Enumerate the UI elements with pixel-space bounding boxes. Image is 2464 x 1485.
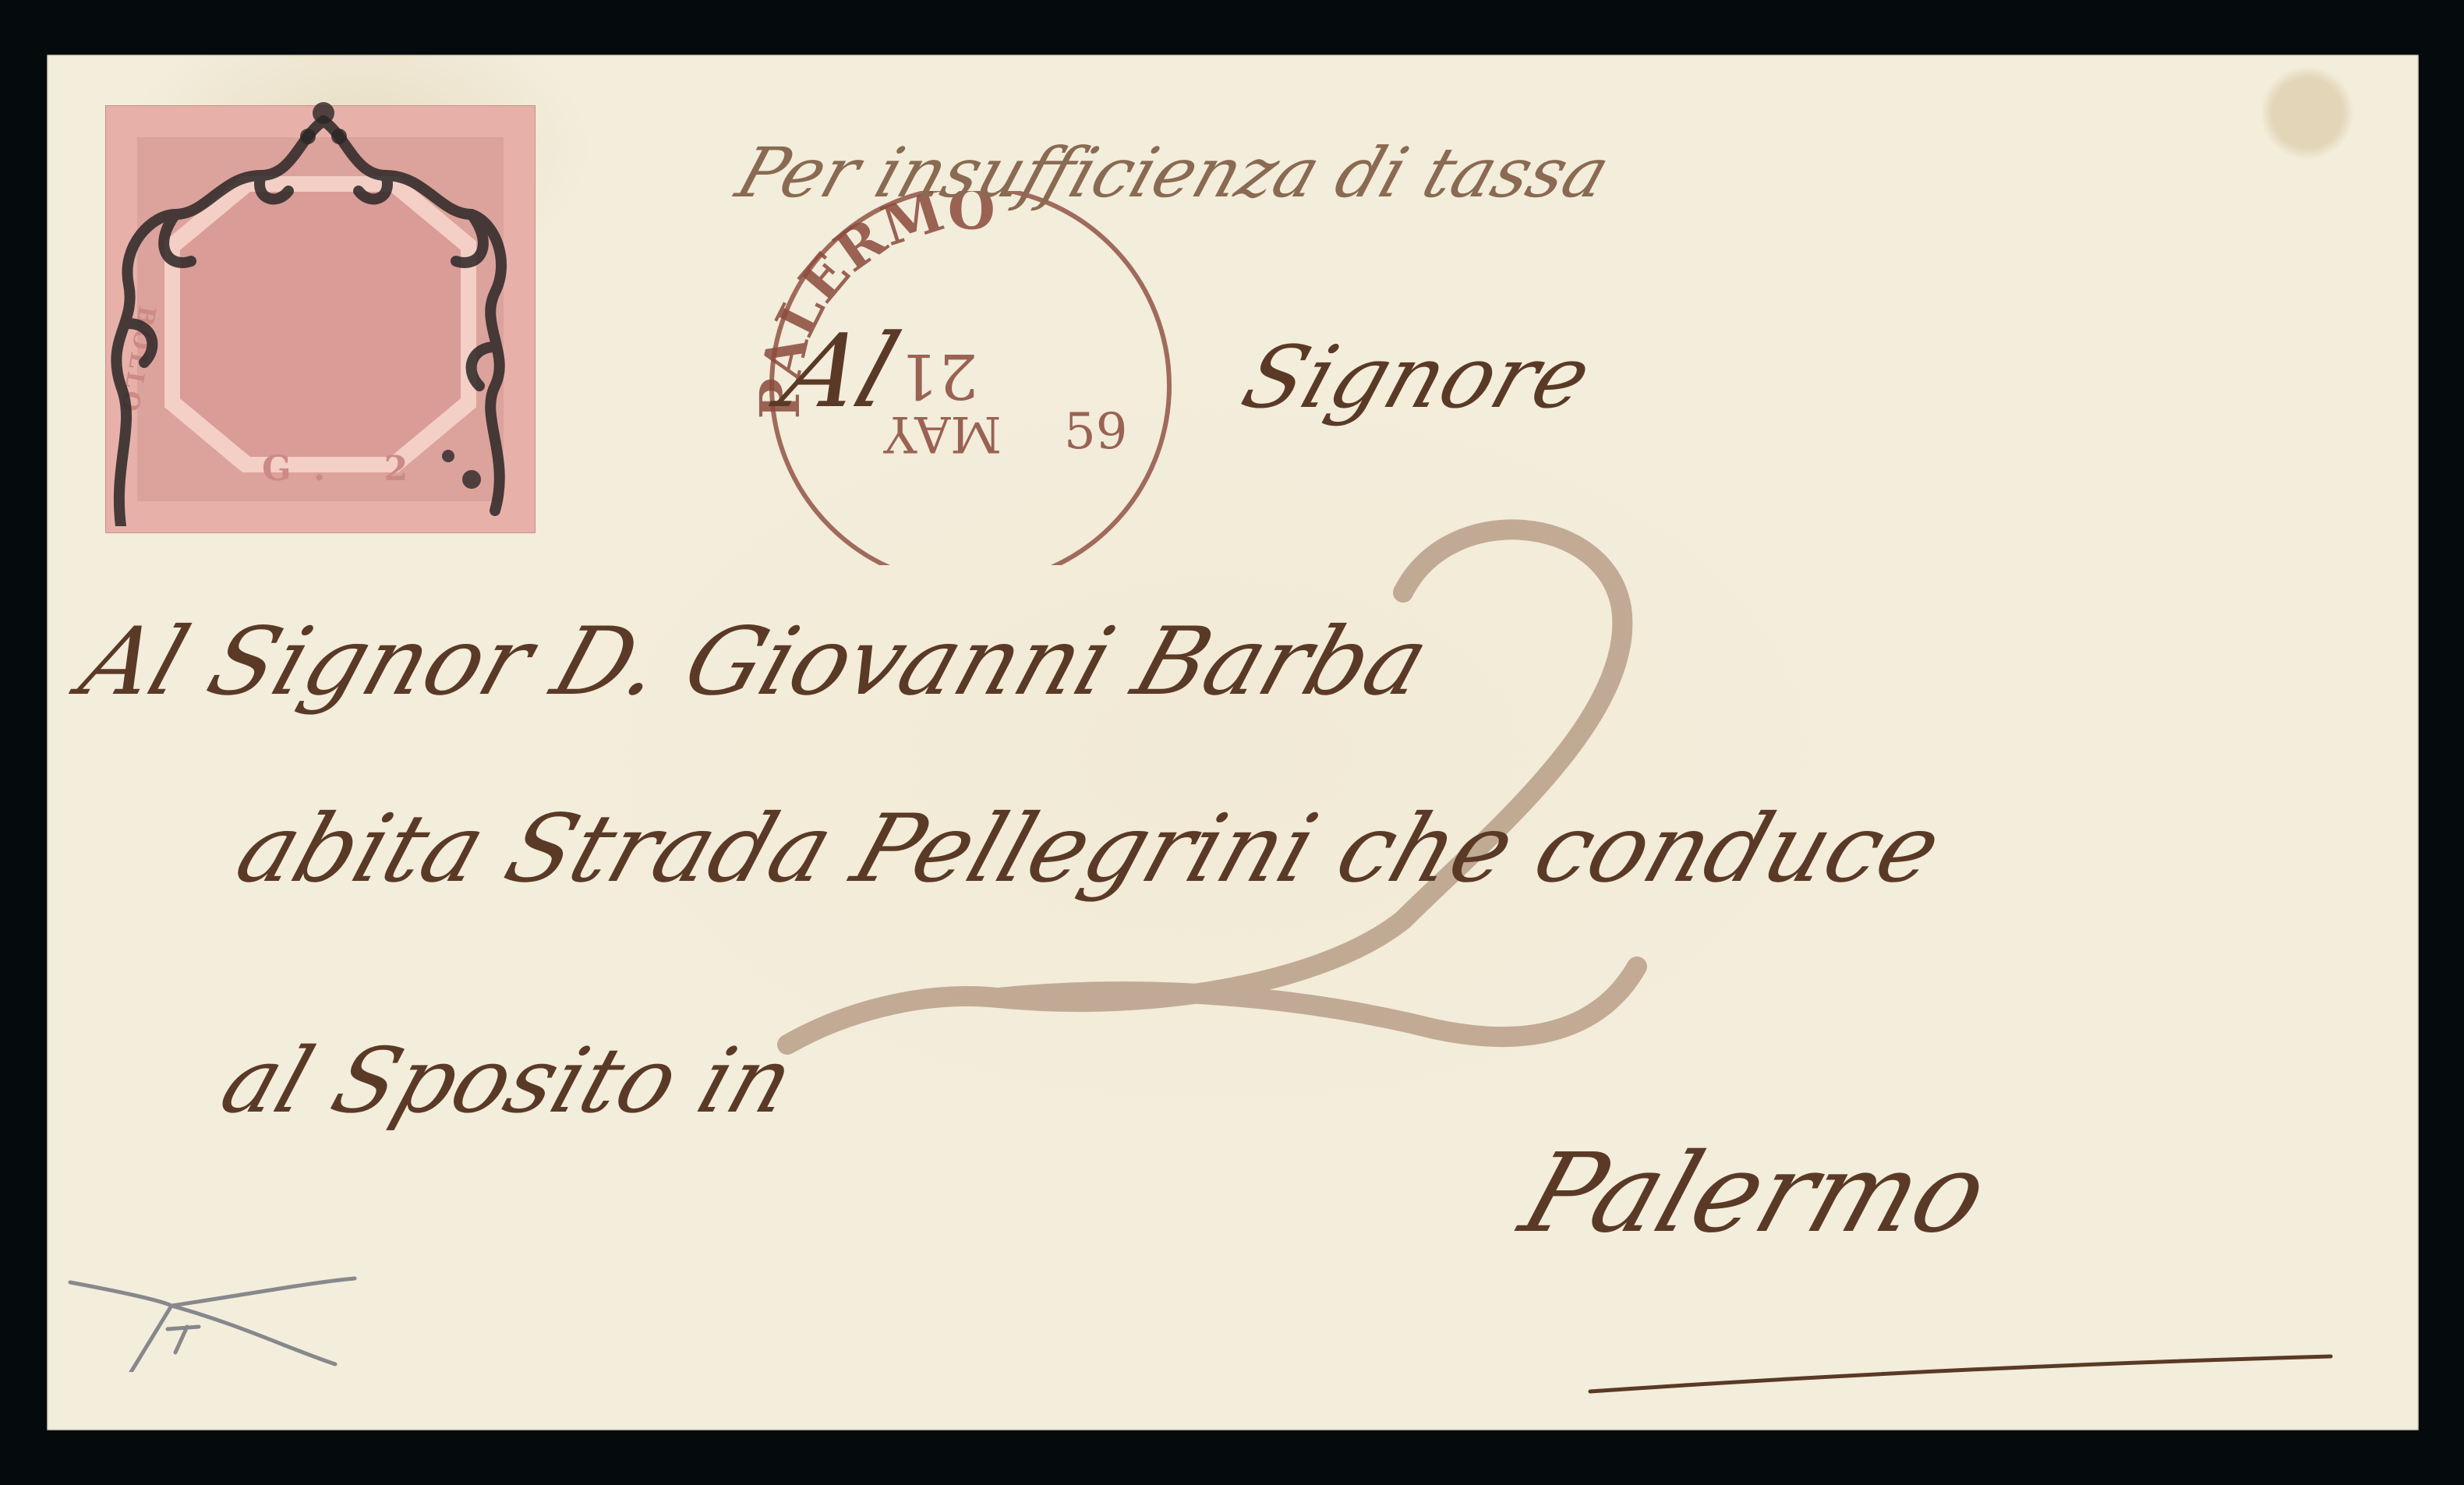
address-addressee: Al Signor D. Giovanni Barba	[68, 608, 1441, 716]
stamp-coat-of-arms	[180, 192, 461, 457]
address-location: al Sposito in	[209, 1029, 806, 1133]
address-signore: Signore	[1231, 327, 1603, 427]
postage-stamp: BOLLO G. 2	[105, 105, 536, 533]
pencil-mark	[55, 1247, 366, 1372]
postmark-year: 59	[1064, 403, 1127, 461]
postmark-day: 21	[899, 340, 978, 412]
city-underline	[1582, 1352, 2339, 1399]
note-insufficient-postage: Per insufficienza di tassa	[727, 133, 1619, 213]
address-street: abita Strada Pellegrini che conduce	[224, 795, 1953, 903]
address-city: Palermo	[1508, 1130, 2003, 1257]
stamp-value: G. 2	[262, 449, 431, 489]
postmark-month: MAY	[883, 405, 1002, 462]
